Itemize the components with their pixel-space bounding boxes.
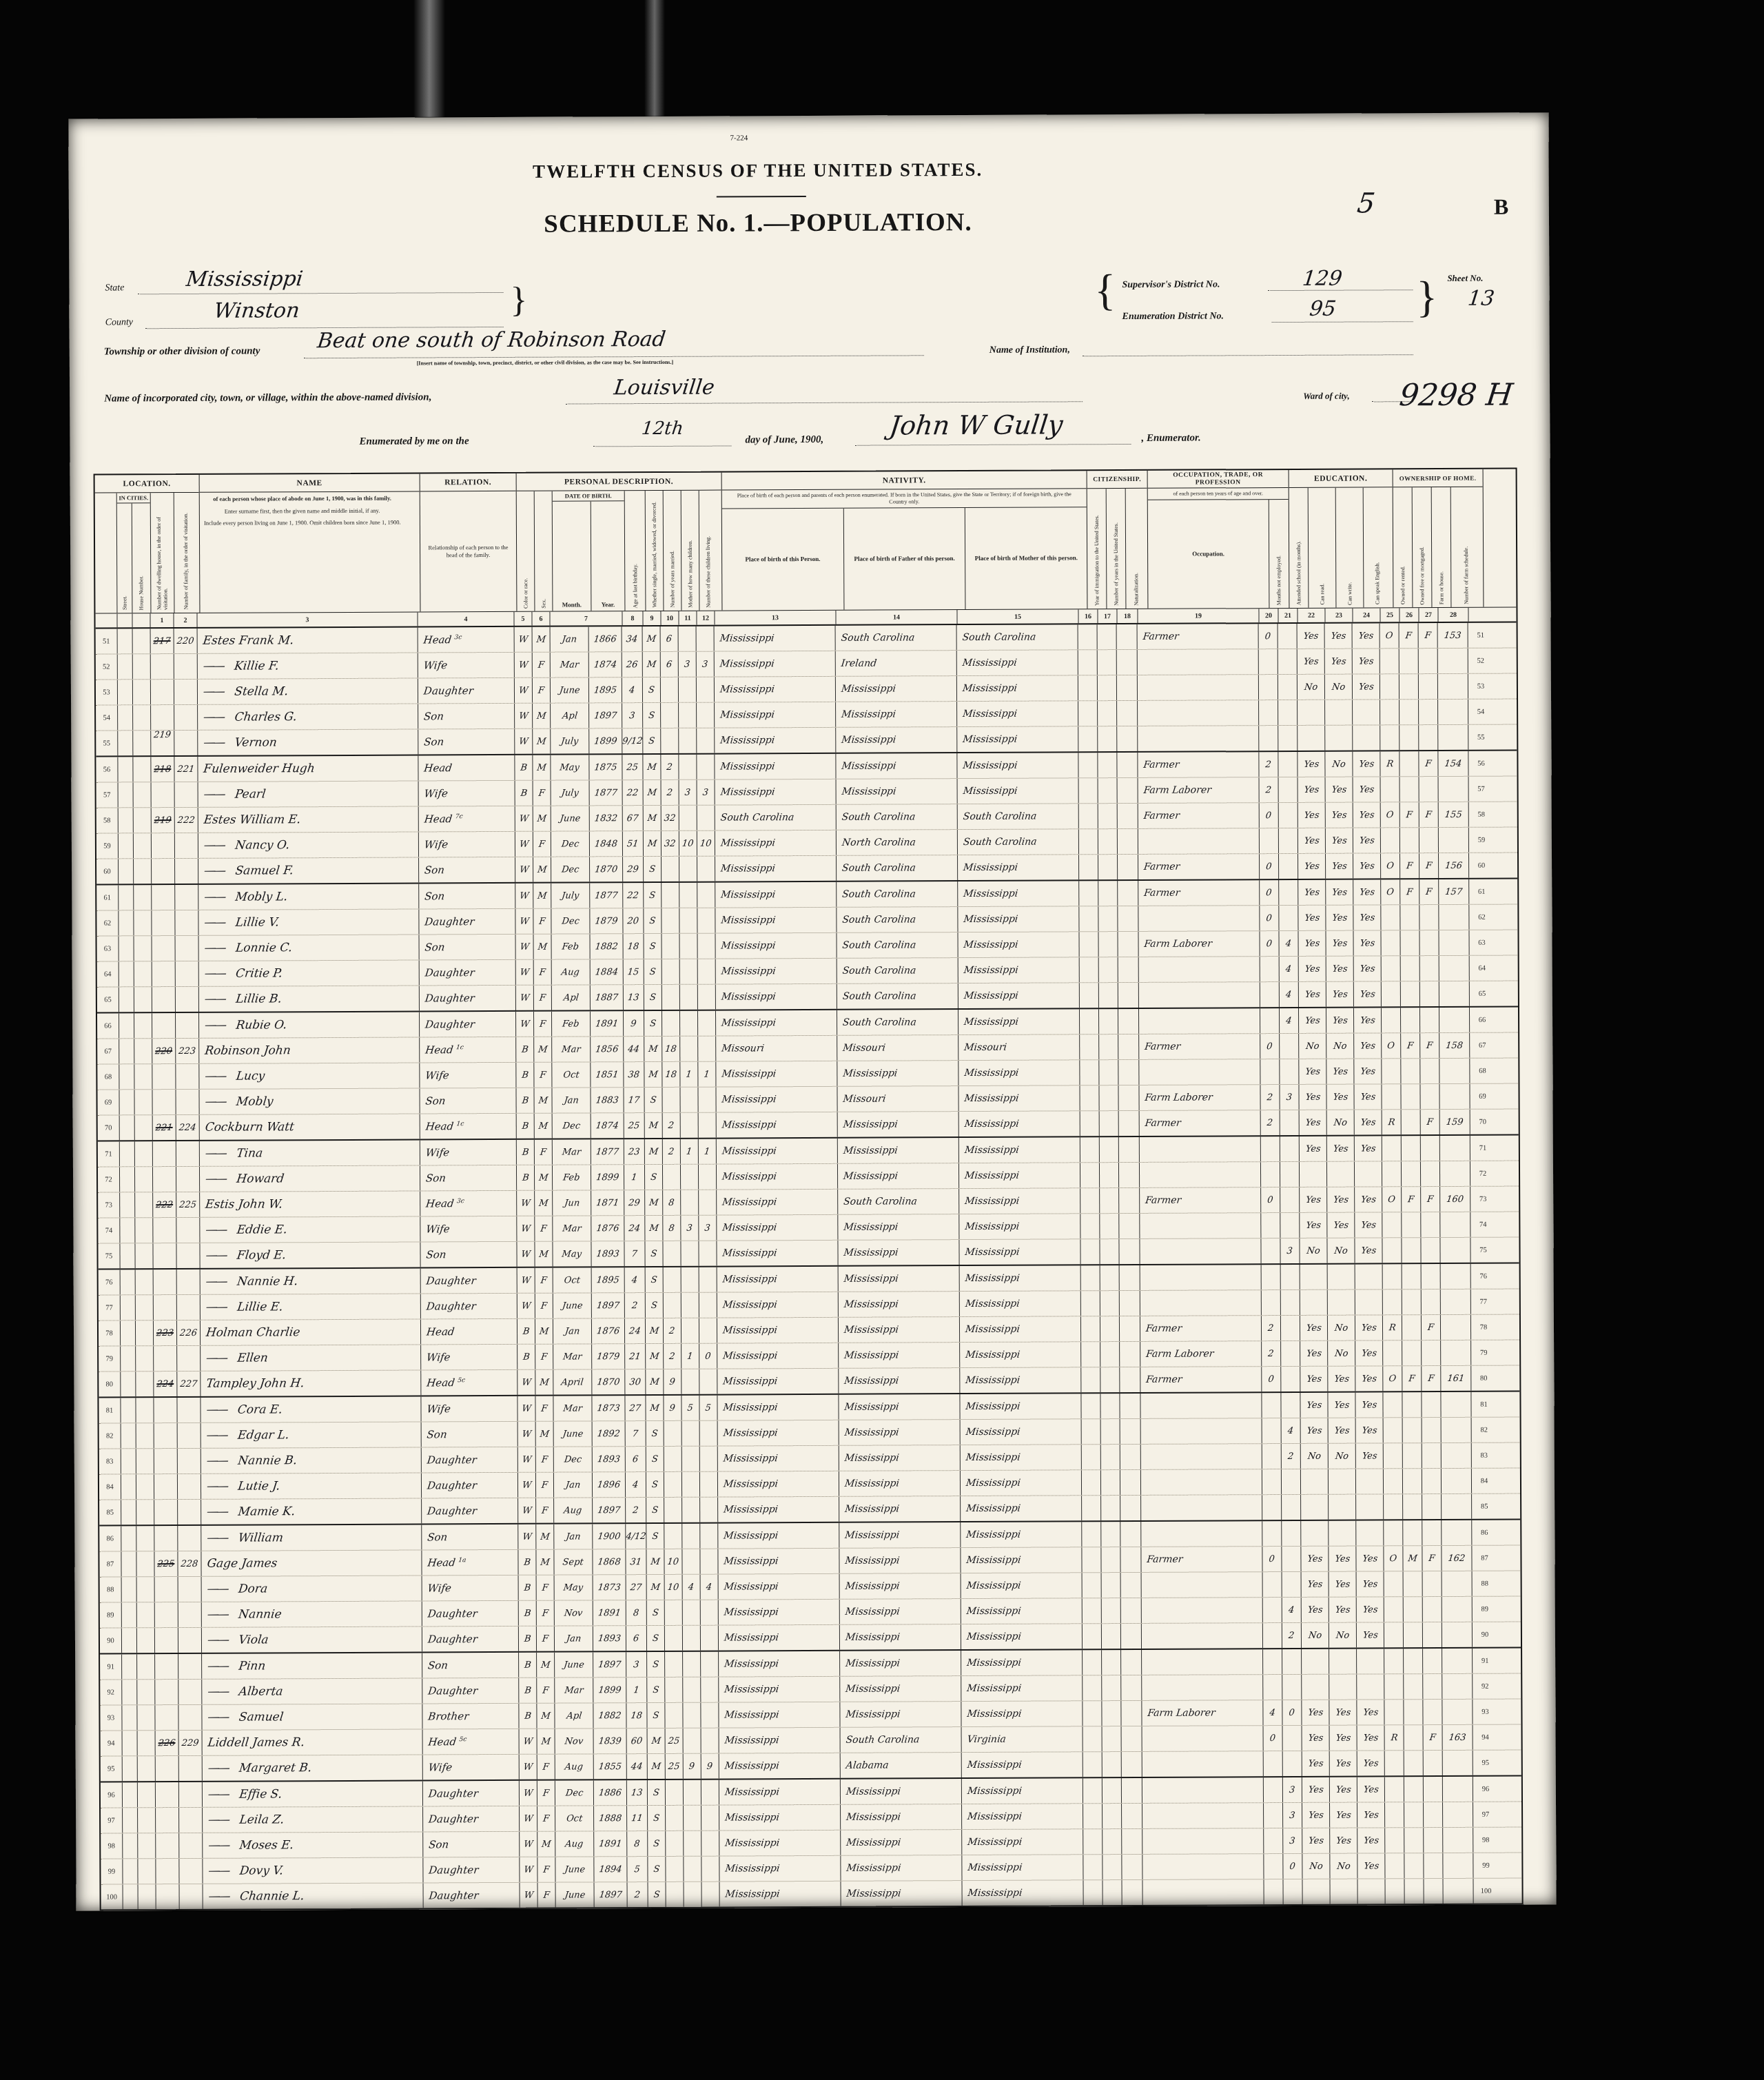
occupation-cell (1138, 649, 1259, 675)
ward-label: Ward of city, (1303, 391, 1350, 402)
school-months-cell (1284, 1879, 1303, 1904)
years-married-cell (664, 1524, 682, 1549)
pob-mother-cell: Mississippi (962, 1778, 1083, 1804)
family-number-cell: 223 (176, 1039, 199, 1063)
farm-house-cell: F (1421, 1187, 1440, 1212)
occupation-cell (1139, 957, 1260, 982)
mother-children-column-header: Mother of how many children. (681, 491, 700, 611)
immigration-year-cell (1079, 855, 1098, 879)
years-in-us-cell (1102, 1778, 1122, 1803)
farm-house-cell: F (1421, 1110, 1440, 1134)
pob-mother-cell: Mississippi (959, 1163, 1080, 1188)
owned-rented-cell (1384, 1571, 1404, 1596)
birth-year-cell: 1851 (591, 1062, 624, 1087)
relation-cell: Daughter (418, 678, 515, 704)
dob-group: DATE OF BIRTH. Month. Year. (553, 491, 626, 611)
sex-cell: F (537, 1781, 555, 1806)
house-number-cell (134, 859, 152, 884)
street-cell (121, 1500, 136, 1525)
farm-schedule-cell (1440, 1238, 1470, 1263)
line-number-right: 88 (1473, 1571, 1497, 1596)
city-label: Name of incorporated city, town, or vill… (104, 391, 431, 405)
house-number-cell (134, 833, 152, 858)
immigration-year-cell (1083, 1650, 1102, 1675)
sex-cell: M (537, 1832, 555, 1857)
pob-mother-cell: Mississippi (958, 957, 1080, 983)
occupation-cell: Farmer (1140, 1110, 1261, 1136)
birth-year-cell: 1855 (594, 1754, 627, 1779)
pob-mother-cell: Mississippi (961, 1445, 1082, 1470)
birth-year-cell: 1866 (589, 626, 622, 651)
line-number-left: 89 (100, 1602, 122, 1627)
name-cell: —— Vernon (198, 729, 418, 755)
sex-cell: M (533, 755, 551, 780)
mother-of-children-cell (680, 1088, 698, 1112)
family-number-cell (178, 1602, 202, 1627)
farm-schedule-cell (1443, 1802, 1473, 1827)
name-cell: —— Nancy O. (198, 832, 419, 857)
can-write-column-header: Can write. (1336, 488, 1364, 608)
immigration-year-cell (1082, 1496, 1101, 1520)
line-number-left: 57 (96, 782, 119, 807)
dwelling-number-cell (155, 1680, 178, 1704)
owned-rented-cell (1385, 1751, 1404, 1775)
pob-mother-cell: Mississippi (961, 1547, 1082, 1573)
pob-father-cell: Missouri (837, 1086, 958, 1112)
family-number-cell: 229 (179, 1731, 203, 1755)
naturalization-cell (1121, 1701, 1142, 1726)
occupation-cell (1138, 828, 1260, 854)
color-race-cell: W (518, 1525, 536, 1549)
birth-month-cell: Mar (555, 1678, 593, 1702)
naturalization-cell (1120, 1445, 1141, 1469)
line-number-right: 79 (1471, 1340, 1496, 1365)
naturalization-cell (1120, 1522, 1141, 1547)
pob-father-cell: Missouri (837, 1035, 958, 1061)
farm-house-cell (1423, 1674, 1442, 1699)
name-cell: Estes William E. (198, 806, 419, 832)
speak-english-cell: Yes (1357, 1853, 1385, 1878)
relation-cell: Wife (420, 1063, 516, 1088)
immigration-year-cell (1080, 1034, 1099, 1059)
free-mortgaged-cell: F (1400, 853, 1419, 878)
speak-english-cell: Yes (1355, 1366, 1383, 1391)
occupation-cell (1142, 1751, 1264, 1777)
mother-of-children-cell (684, 1729, 701, 1753)
family-number-cell (178, 1474, 201, 1499)
birth-month-cell: Oct (552, 1062, 591, 1087)
owned-rented-cell (1382, 1084, 1401, 1109)
can-write-cell: Yes (1326, 906, 1353, 930)
birth-year-cell: 1879 (592, 1344, 625, 1369)
years-married-cell (664, 1293, 681, 1318)
street-cell (121, 1295, 136, 1320)
name-cell: —— Alberta (202, 1678, 422, 1704)
pob-mother-cell: Mississippi (962, 1804, 1083, 1829)
relation-cell: Wife (420, 1216, 517, 1242)
free-mortgaged-cell: F (1399, 623, 1419, 648)
years-in-us-cell (1098, 753, 1117, 777)
can-write-cell: Yes (1326, 931, 1353, 956)
house-number-cell (133, 757, 151, 782)
can-read-cell: Yes (1300, 1213, 1327, 1238)
census-title: TWELFTH CENSUS OF THE UNITED STATES. (69, 157, 1447, 185)
birth-year-cell: 1870 (590, 857, 623, 881)
can-write-cell: Yes (1329, 1572, 1357, 1597)
name-cell: —— Nannie H. (201, 1268, 421, 1294)
immigration-year-cell (1083, 1675, 1102, 1700)
months-not-employed-cell: 0 (1260, 1034, 1280, 1059)
census-sheet: 7-224 TWELFTH CENSUS OF THE UNITED STATE… (68, 112, 1556, 1910)
line-number-right: 63 (1469, 930, 1494, 955)
months-not-employed-cell (1263, 1675, 1282, 1700)
can-write-cell: Yes (1328, 1393, 1355, 1418)
marital-status-cell: M (648, 1729, 666, 1753)
years-in-us-cell (1102, 1701, 1121, 1726)
years-in-us-cell (1102, 1726, 1122, 1751)
line-number-left: 71 (98, 1141, 120, 1166)
pob-person-cell: Mississippi (716, 933, 837, 959)
color-race-cell: W (517, 1268, 535, 1293)
years-married-cell (663, 1241, 681, 1266)
name-cell: —— Moses E. (203, 1832, 423, 1857)
sex-cell: F (535, 1345, 553, 1369)
free-mortgaged-cell (1400, 777, 1419, 802)
children-living-cell (702, 1882, 720, 1907)
occupation-cell (1142, 1598, 1263, 1623)
line-number-right: 82 (1472, 1418, 1497, 1442)
age-cell: 60 (627, 1729, 648, 1753)
farm-schedule-cell: 155 (1439, 802, 1469, 827)
pob-father-cell: Mississippi (837, 779, 958, 804)
immigration-year-cell (1080, 1137, 1100, 1162)
line-number-right: 55 (1468, 725, 1493, 750)
farm-schedule-cell: 162 (1442, 1546, 1472, 1571)
pob-mother-cell: Mississippi (957, 726, 1078, 752)
years-married-cell (666, 1831, 684, 1856)
years-married-cell (661, 728, 679, 753)
farm-house-cell (1424, 1853, 1443, 1878)
house-number-cell (135, 1141, 153, 1166)
free-mortgaged-cell (1402, 1136, 1421, 1161)
name-cell: —— Charles G. (198, 704, 418, 729)
name-cell: —— Edgar L. (201, 1422, 422, 1447)
line-number-right: 51 (1468, 623, 1493, 648)
school-months-cell: 3 (1280, 1238, 1300, 1263)
state-value: Mississippi (185, 267, 304, 292)
color-race-cell: W (516, 986, 534, 1010)
house-number-cell (134, 1013, 152, 1038)
years-in-us-cell (1102, 1829, 1122, 1854)
line-number-right: 52 (1468, 649, 1493, 673)
marital-status-cell: M (646, 1396, 664, 1420)
mother-of-children-cell: 1 (680, 1062, 698, 1087)
owned-rented-cell (1382, 1008, 1401, 1032)
immigration-year-cell (1079, 804, 1098, 828)
age-cell: 22 (623, 780, 644, 805)
can-write-cell: Yes (1326, 1059, 1354, 1084)
years-in-us-cell (1100, 1394, 1120, 1418)
children-living-cell (701, 1652, 719, 1677)
pob-person-cell: Mississippi (719, 1728, 841, 1753)
street-cell (122, 1654, 137, 1679)
owned-rented-cell (1385, 1879, 1404, 1904)
months-not-employed-cell: 0 (1260, 880, 1279, 905)
school-months-cell (1278, 675, 1298, 700)
street-cell (121, 1474, 136, 1499)
farm-schedule-cell (1441, 1264, 1471, 1289)
mother-of-children-cell (683, 1703, 701, 1728)
birth-year-cell: 1882 (591, 934, 624, 959)
naturalization-cell (1119, 1111, 1140, 1136)
owned-rented-cell: O (1381, 853, 1400, 878)
relation-cell: Head5c (421, 1370, 517, 1396)
color-race-cell: W (520, 1729, 537, 1754)
can-read-cell: Yes (1298, 828, 1326, 853)
farm-schedule-cell (1439, 1008, 1470, 1032)
occupation-cell (1139, 982, 1260, 1008)
owned-rented-cell (1382, 981, 1401, 1006)
pob-father-cell: Mississippi (836, 676, 957, 702)
house-number-cell (133, 654, 151, 679)
house-number-cell (134, 987, 152, 1012)
free-mortgaged-cell: F (1402, 1366, 1422, 1391)
relation-cell: Wife (422, 1576, 519, 1601)
school-months-cell (1281, 1393, 1300, 1418)
dwelling-number-cell: 220 (152, 1039, 176, 1063)
line-number-right: 78 (1471, 1315, 1496, 1340)
years-married-cell (661, 677, 679, 702)
months-not-employed-cell: 0 (1262, 1367, 1281, 1391)
naturalization-cell (1120, 1291, 1140, 1316)
age-cell: 4 (625, 1267, 646, 1292)
sex-cell: M (535, 1114, 553, 1139)
free-mortgaged-cell (1404, 1649, 1423, 1673)
pob-person-cell: Mississippi (719, 1805, 841, 1831)
relation-cell: Daughter (419, 909, 515, 935)
color-column-header: Color or race. (517, 491, 535, 611)
relation-cell: Daughter (423, 1857, 520, 1883)
owned-rented-cell (1384, 1622, 1404, 1647)
name-cell: Robinson John (199, 1037, 420, 1063)
farm-house-cell (1424, 1802, 1443, 1827)
birth-month-cell: June (553, 1293, 592, 1318)
can-read-cell: Yes (1300, 1136, 1327, 1161)
sheet-value: 13 (1466, 287, 1495, 311)
line-number-left: 70 (98, 1115, 120, 1140)
sex-cell: M (533, 857, 551, 882)
street-cell (123, 1808, 138, 1833)
naturalization-cell (1118, 855, 1138, 879)
line-number-right: 62 (1469, 905, 1494, 930)
name-cell: —— Dovy V. (203, 1857, 423, 1883)
can-write-cell (1330, 1879, 1357, 1904)
immigration-year-cell (1081, 1316, 1100, 1341)
can-read-cell: Yes (1300, 1367, 1328, 1391)
owned-rented-cell (1383, 1340, 1402, 1365)
county-label: County (105, 317, 134, 328)
sheet-brace: } (1416, 272, 1437, 323)
can-read-cell: Yes (1299, 1085, 1326, 1110)
owned-rented-cell (1384, 1469, 1403, 1493)
age-cell: 22 (623, 883, 644, 908)
owned-rented-cell (1381, 828, 1400, 853)
dwelling-number-cell (152, 910, 175, 935)
line-number-right: 76 (1471, 1264, 1496, 1289)
months-not-employed-cell (1264, 1854, 1283, 1879)
speak-english-cell: Yes (1354, 1084, 1382, 1109)
sex-cell: F (537, 1627, 555, 1651)
farm-house-cell (1424, 1828, 1443, 1853)
street-cell (123, 1884, 139, 1909)
farm-schedule-cell (1440, 1212, 1470, 1237)
speak-english-cell: Yes (1355, 1315, 1383, 1340)
years-in-us-cell (1100, 1316, 1120, 1341)
years-married-cell: 2 (661, 780, 679, 805)
dwelling-number-cell (154, 1500, 178, 1525)
farm-house-column-header: Farm or house. (1432, 487, 1452, 607)
months-not-employed-cell (1262, 1495, 1282, 1520)
owned-rented-cell (1380, 649, 1399, 673)
line-number-left: 96 (101, 1782, 123, 1807)
months-not-employed-cell: 0 (1260, 906, 1279, 930)
pob-father-cell: South Carolina (837, 855, 958, 881)
naturalization-cell (1120, 1470, 1141, 1495)
house-number-cell (137, 1602, 155, 1627)
pob-person-cell: Mississippi (718, 1497, 839, 1522)
age-cell: 25 (624, 1113, 645, 1138)
children-living-cell (698, 959, 716, 984)
pob-mother-cell: South Carolina (958, 804, 1079, 829)
farm-schedule-cell (1442, 1469, 1472, 1493)
dwelling-number-cell: 219 (151, 731, 174, 755)
school-months-cell (1278, 700, 1298, 725)
name-cell: —— Critie P. (199, 960, 420, 986)
dwelling-number-cell (152, 885, 175, 910)
farm-house-cell (1421, 1212, 1440, 1237)
children-living-cell (698, 934, 716, 959)
speak-english-cell: Yes (1353, 930, 1381, 955)
farm-house-cell (1422, 1264, 1441, 1289)
farm-schedule-cell (1443, 1777, 1473, 1802)
pob-person-cell: Mississippi (715, 856, 837, 881)
pob-father-cell: South Carolina (841, 1727, 962, 1753)
relation-cell: Head (421, 1319, 517, 1345)
pob-mother-cell: Mississippi (958, 778, 1079, 804)
occupation-cell (1142, 1649, 1263, 1675)
months-not-employed-cell: 2 (1262, 1316, 1281, 1340)
column-group-citizenship: CITIZENSHIP. Year of immigration to the … (1087, 471, 1149, 609)
free-mortgaged-cell: F (1402, 1187, 1421, 1212)
pob-father-cell: South Carolina (837, 1010, 958, 1035)
family-number-cell: 222 (175, 808, 198, 833)
owned-rented-cell (1380, 674, 1399, 699)
relation-cell: Daughter (422, 1447, 518, 1473)
birth-year-cell: 1891 (594, 1831, 627, 1856)
immigration-year-cell (1080, 983, 1099, 1008)
line-number-left: 56 (96, 757, 118, 782)
farm-house-cell (1421, 1136, 1440, 1161)
line-number-left: 100 (101, 1884, 123, 1909)
farm-schedule-cell: 153 (1438, 623, 1468, 648)
occupation-cell (1142, 1572, 1263, 1598)
birth-year-cell: 1870 (592, 1369, 625, 1394)
can-read-cell: Yes (1298, 649, 1325, 674)
free-mortgaged-cell (1402, 1161, 1421, 1186)
sex-cell: F (537, 1601, 555, 1626)
line-number-left: 88 (100, 1577, 122, 1602)
age-cell: 24 (625, 1318, 646, 1343)
naturalization-cell (1118, 1009, 1139, 1034)
can-read-cell: No (1302, 1854, 1330, 1879)
children-living-cell (699, 1267, 717, 1292)
name-cell: Cockburn Watt (200, 1114, 420, 1139)
school-months-cell (1282, 1547, 1301, 1571)
can-read-cell: No (1301, 1444, 1329, 1469)
dwelling-number-cell (154, 1449, 178, 1474)
sex-cell: F (537, 1806, 555, 1831)
can-read-cell (1298, 726, 1325, 751)
street-cell (121, 1423, 136, 1448)
farm-house-cell: F (1424, 1725, 1443, 1750)
school-months-cell (1278, 649, 1298, 674)
line-number-left: 87 (99, 1551, 121, 1576)
sex-cell: M (533, 884, 551, 908)
line-number-left: 91 (100, 1654, 122, 1679)
immigration-year-cell (1083, 1598, 1102, 1623)
house-number-cell (137, 1654, 155, 1679)
birth-year-cell: 1882 (593, 1703, 626, 1728)
birth-month-cell: Jan (551, 626, 589, 651)
can-write-cell: No (1330, 1854, 1357, 1879)
pob-father-cell: South Carolina (837, 907, 958, 932)
farm-house-cell: F (1419, 879, 1439, 904)
family-number-cell (174, 731, 198, 755)
birth-month-cell: Aug (552, 959, 591, 984)
sex-cell: F (533, 832, 551, 857)
school-months-cell (1280, 1034, 1299, 1059)
mother-of-children-cell (681, 1241, 699, 1266)
can-read-cell: Yes (1302, 1777, 1330, 1802)
years-married-cell: 32 (661, 806, 679, 830)
naturalization-cell (1117, 726, 1138, 751)
family-number-cell: 224 (176, 1115, 200, 1140)
pob-mother-cell: Mississippi (957, 701, 1078, 726)
birth-year-cell: 1892 (593, 1421, 626, 1446)
pob-person-cell: Mississippi (717, 1318, 839, 1343)
school-months-cell (1281, 1316, 1300, 1340)
pob-mother-cell: Mississippi (957, 675, 1078, 701)
relation-cell: Head1c (420, 1114, 517, 1139)
free-mortgaged-cell (1402, 1340, 1422, 1365)
farm-house-cell: F (1422, 1546, 1442, 1571)
children-living-cell: 5 (699, 1396, 717, 1420)
marital-status-cell: S (645, 1241, 663, 1266)
years-in-us-cell (1102, 1573, 1121, 1598)
birth-year-cell: 1899 (591, 1165, 624, 1190)
line-number-left: 61 (96, 885, 119, 910)
pob-person-cell: Mississippi (719, 1574, 840, 1600)
mother-of-children-cell (683, 1600, 701, 1625)
can-read-cell (1302, 1879, 1330, 1904)
birth-month-cell: Mar (553, 1344, 592, 1369)
name-cell: —— Mobly L. (198, 884, 419, 909)
school-months-cell: 4 (1279, 931, 1298, 956)
months-not-employed-cell (1259, 675, 1278, 700)
dwelling-number-cell (155, 1705, 178, 1730)
street-cell (123, 1731, 138, 1755)
children-living-cell (697, 908, 715, 933)
